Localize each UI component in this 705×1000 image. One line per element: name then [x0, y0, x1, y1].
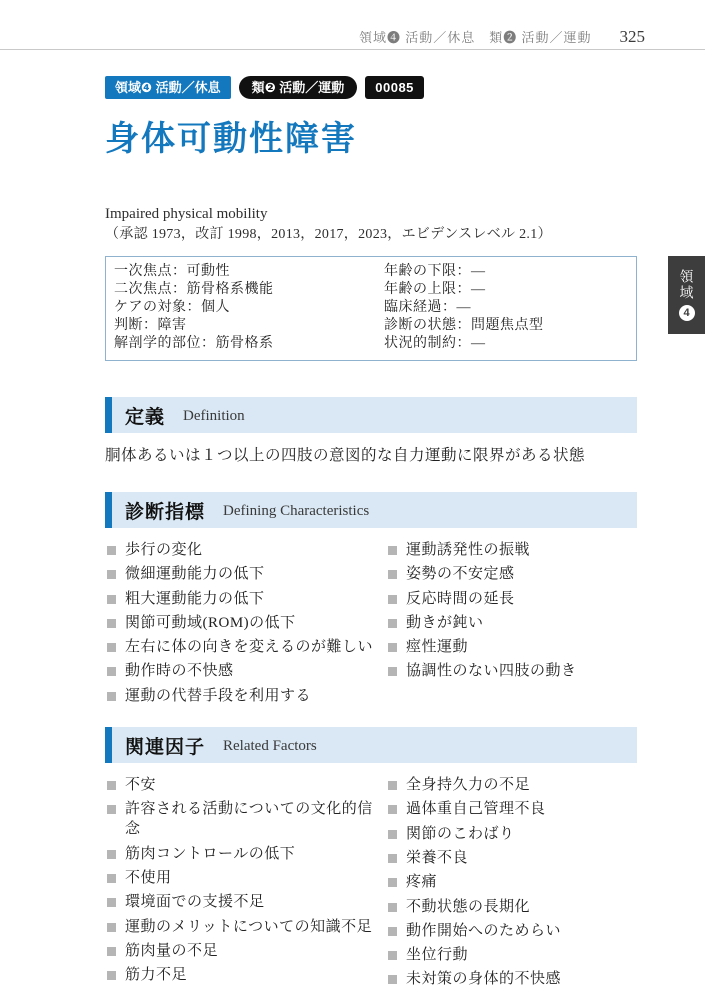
list-item-text: 関節のこわばり	[406, 824, 515, 844]
classification-tags: 領域❹ 活動／休息 類❷ 活動／運動 00085	[105, 76, 637, 99]
info-line: 解剖学的部位：筋骨格系	[114, 335, 375, 353]
info-box-right-column: 年齢の下限：― 年齢の上限：― 臨床経過：― 診断の状態：問題焦点型 状況的制約…	[375, 263, 636, 353]
title-english-block: Impaired physical mobility （承認 1973，改訂 1…	[105, 205, 637, 244]
list-item-text: 反応時間の延長	[406, 589, 515, 609]
info-line: 臨床経過：―	[384, 299, 636, 317]
classification-info-box: 一次焦点：可動性 二次焦点：筋骨格系機能 ケアの対象：個人 判断：障害 解剖学的…	[105, 256, 637, 361]
section-header-related-factors: 関連因子 Related Factors	[105, 727, 637, 763]
list-item-text: 環境面での支援不足	[125, 892, 265, 912]
square-bullet-icon	[107, 781, 116, 790]
list-item-text: 関節可動域(ROM)の低下	[125, 613, 296, 633]
list-item-text: 不使用	[125, 868, 172, 888]
list-item-text: 歩行の変化	[125, 540, 203, 560]
list-item-text: 動作開始へのためらい	[406, 921, 561, 941]
square-bullet-icon	[107, 947, 116, 956]
list-item: 動作開始へのためらい	[386, 921, 637, 941]
section-title-ja: 定義	[125, 402, 165, 429]
section-title-ja: 診断指標	[125, 497, 205, 524]
circled-number-icon: 4	[679, 305, 695, 321]
square-bullet-icon	[388, 546, 397, 555]
diagnosis-code-badge: 00085	[365, 76, 424, 99]
square-bullet-icon	[107, 874, 116, 883]
list-item: 左右に体の向きを変えるのが難しい	[105, 637, 386, 657]
square-bullet-icon	[388, 830, 397, 839]
list-item: 過体重自己管理不良	[386, 799, 637, 819]
list-item-text: 左右に体の向きを変えるのが難しい	[125, 637, 373, 657]
square-bullet-icon	[388, 927, 397, 936]
list-item: 不安	[105, 775, 386, 795]
list-item: 全身持久力の不足	[386, 775, 637, 795]
square-bullet-icon	[107, 667, 116, 676]
section-header-defining-characteristics: 診断指標 Defining Characteristics	[105, 492, 637, 528]
list-item: 姿勢の不安定感	[386, 564, 637, 584]
domain-side-tab: 領域 4	[668, 256, 705, 334]
list-item-text: 運動のメリットについての知識不足	[125, 917, 372, 937]
list-item: 微細運動能力の低下	[105, 564, 386, 584]
list-item: 歩行の変化	[105, 540, 386, 560]
square-bullet-icon	[388, 570, 397, 579]
list-item: 運動の代替手段を利用する	[105, 686, 386, 706]
page-number: 325	[620, 27, 646, 47]
square-bullet-icon	[388, 903, 397, 912]
list-item-text: 筋肉コントロールの低下	[125, 844, 295, 864]
list-item-text: 坐位行動	[406, 945, 468, 965]
domain-tag: 領域❹ 活動／休息	[105, 76, 231, 99]
square-bullet-icon	[388, 975, 397, 984]
square-bullet-icon	[388, 805, 397, 814]
square-bullet-icon	[388, 619, 397, 628]
class-tag: 類❷ 活動／運動	[239, 76, 358, 99]
square-bullet-icon	[107, 805, 116, 814]
section-title-en: Defining Characteristics	[223, 503, 369, 520]
info-line: 年齢の下限：―	[384, 263, 636, 281]
square-bullet-icon	[107, 570, 116, 579]
info-line: 一次焦点：可動性	[114, 263, 375, 281]
list-item: 筋肉コントロールの低下	[105, 844, 386, 864]
list-item: 疼痛	[386, 872, 637, 892]
list-item: 協調性のない四肢の動き	[386, 661, 637, 681]
list-item: 反応時間の延長	[386, 589, 637, 609]
list-item-text: 不安	[125, 775, 156, 795]
list-item-text: 痙性運動	[406, 637, 468, 657]
related-factors-list: 不安 許容される活動についての文化的信念 筋肉コントロールの低下 不使用 環境面…	[105, 775, 637, 994]
definition-text: 胴体あるいは１つ以上の四肢の意図的な自力運動に限界がある状態	[105, 446, 637, 466]
list-item: 動きが鈍い	[386, 613, 637, 633]
approval-history: （承認 1973，改訂 1998，2013，2017，2023，エビデンスレベル…	[105, 225, 637, 244]
info-line: 診断の状態：問題焦点型	[384, 317, 636, 335]
list-item-text: 動作時の不快感	[125, 661, 234, 681]
list-item-text: 運動誘発性の振戦	[406, 540, 530, 560]
breadcrumb: 領域❹ 活動／休息 類❷ 活動／運動	[359, 27, 592, 46]
section-header-definition: 定義 Definition	[105, 397, 637, 433]
list-item-text: 動きが鈍い	[406, 613, 484, 633]
info-line: 年齢の上限：―	[384, 281, 636, 299]
list-item-text: 筋力不足	[125, 965, 187, 985]
section-title-ja: 関連因子	[125, 732, 205, 759]
square-bullet-icon	[388, 643, 397, 652]
list-item-text: 未対策の身体的不快感	[406, 969, 561, 989]
list-column: 歩行の変化 微細運動能力の低下 粗大運動能力の低下 関節可動域(ROM)の低下 …	[105, 540, 386, 710]
square-bullet-icon	[107, 850, 116, 859]
list-item: 坐位行動	[386, 945, 637, 965]
square-bullet-icon	[107, 643, 116, 652]
info-line: 二次焦点：筋骨格系機能	[114, 281, 375, 299]
header-divider	[0, 49, 705, 50]
list-item: 運動のメリットについての知識不足	[105, 917, 386, 937]
list-item: 筋肉量の不足	[105, 941, 386, 961]
square-bullet-icon	[107, 595, 116, 604]
square-bullet-icon	[388, 854, 397, 863]
list-item: 筋力不足	[105, 965, 386, 985]
square-bullet-icon	[388, 951, 397, 960]
list-item: 未対策の身体的不快感	[386, 969, 637, 989]
square-bullet-icon	[388, 667, 397, 676]
list-item: 関節可動域(ROM)の低下	[105, 613, 386, 633]
list-item-text: 全身持久力の不足	[406, 775, 530, 795]
square-bullet-icon	[388, 595, 397, 604]
info-line: ケアの対象：個人	[114, 299, 375, 317]
list-item: 粗大運動能力の低下	[105, 589, 386, 609]
list-item-text: 疼痛	[406, 872, 437, 892]
list-item: 栄養不良	[386, 848, 637, 868]
list-item-text: 運動の代替手段を利用する	[125, 686, 311, 706]
list-item: 不動状態の長期化	[386, 897, 637, 917]
info-box-left-column: 一次焦点：可動性 二次焦点：筋骨格系機能 ケアの対象：個人 判断：障害 解剖学的…	[114, 263, 375, 353]
section-title-en: Related Factors	[223, 738, 317, 755]
list-item-text: 筋肉量の不足	[125, 941, 218, 961]
main-column: 領域❹ 活動／休息 類❷ 活動／運動 00085 身体可動性障害 Impaire…	[105, 76, 637, 994]
square-bullet-icon	[388, 781, 397, 790]
list-item: 許容される活動についての文化的信念	[105, 799, 386, 839]
info-line: 判断：障害	[114, 317, 375, 335]
square-bullet-icon	[388, 878, 397, 887]
square-bullet-icon	[107, 692, 116, 701]
list-column: 運動誘発性の振戦 姿勢の不安定感 反応時間の延長 動きが鈍い 痙性運動 協調性の…	[386, 540, 637, 710]
list-item-text: 粗大運動能力の低下	[125, 589, 265, 609]
square-bullet-icon	[107, 971, 116, 980]
square-bullet-icon	[107, 619, 116, 628]
info-line: 状況的制約：―	[384, 335, 636, 353]
list-item: 不使用	[105, 868, 386, 888]
list-item-text: 協調性のない四肢の動き	[406, 661, 577, 681]
list-item-text: 許容される活動についての文化的信念	[125, 799, 386, 839]
side-tab-label: 領域	[677, 269, 697, 301]
book-page: { "colors": { "accent_blue": "#1478be", …	[0, 0, 705, 1000]
section-title-en: Definition	[183, 408, 245, 425]
running-head: 領域❹ 活動／休息 類❷ 活動／運動 325	[359, 27, 645, 47]
defining-characteristics-list: 歩行の変化 微細運動能力の低下 粗大運動能力の低下 関節可動域(ROM)の低下 …	[105, 540, 637, 710]
list-item-text: 栄養不良	[406, 848, 468, 868]
list-item-text: 姿勢の不安定感	[406, 564, 515, 584]
square-bullet-icon	[107, 923, 116, 932]
square-bullet-icon	[107, 546, 116, 555]
list-column: 全身持久力の不足 過体重自己管理不良 関節のこわばり 栄養不良 疼痛 不動状態の…	[386, 775, 637, 994]
list-item: 痙性運動	[386, 637, 637, 657]
list-item-text: 不動状態の長期化	[406, 897, 530, 917]
list-item: 関節のこわばり	[386, 824, 637, 844]
list-column: 不安 許容される活動についての文化的信念 筋肉コントロールの低下 不使用 環境面…	[105, 775, 386, 994]
list-item: 運動誘発性の振戦	[386, 540, 637, 560]
title-english: Impaired physical mobility	[105, 205, 637, 224]
list-item: 環境面での支援不足	[105, 892, 386, 912]
list-item-text: 微細運動能力の低下	[125, 564, 265, 584]
square-bullet-icon	[107, 898, 116, 907]
page-title: 身体可動性障害	[105, 119, 637, 159]
list-item: 動作時の不快感	[105, 661, 386, 681]
list-item-text: 過体重自己管理不良	[406, 799, 546, 819]
